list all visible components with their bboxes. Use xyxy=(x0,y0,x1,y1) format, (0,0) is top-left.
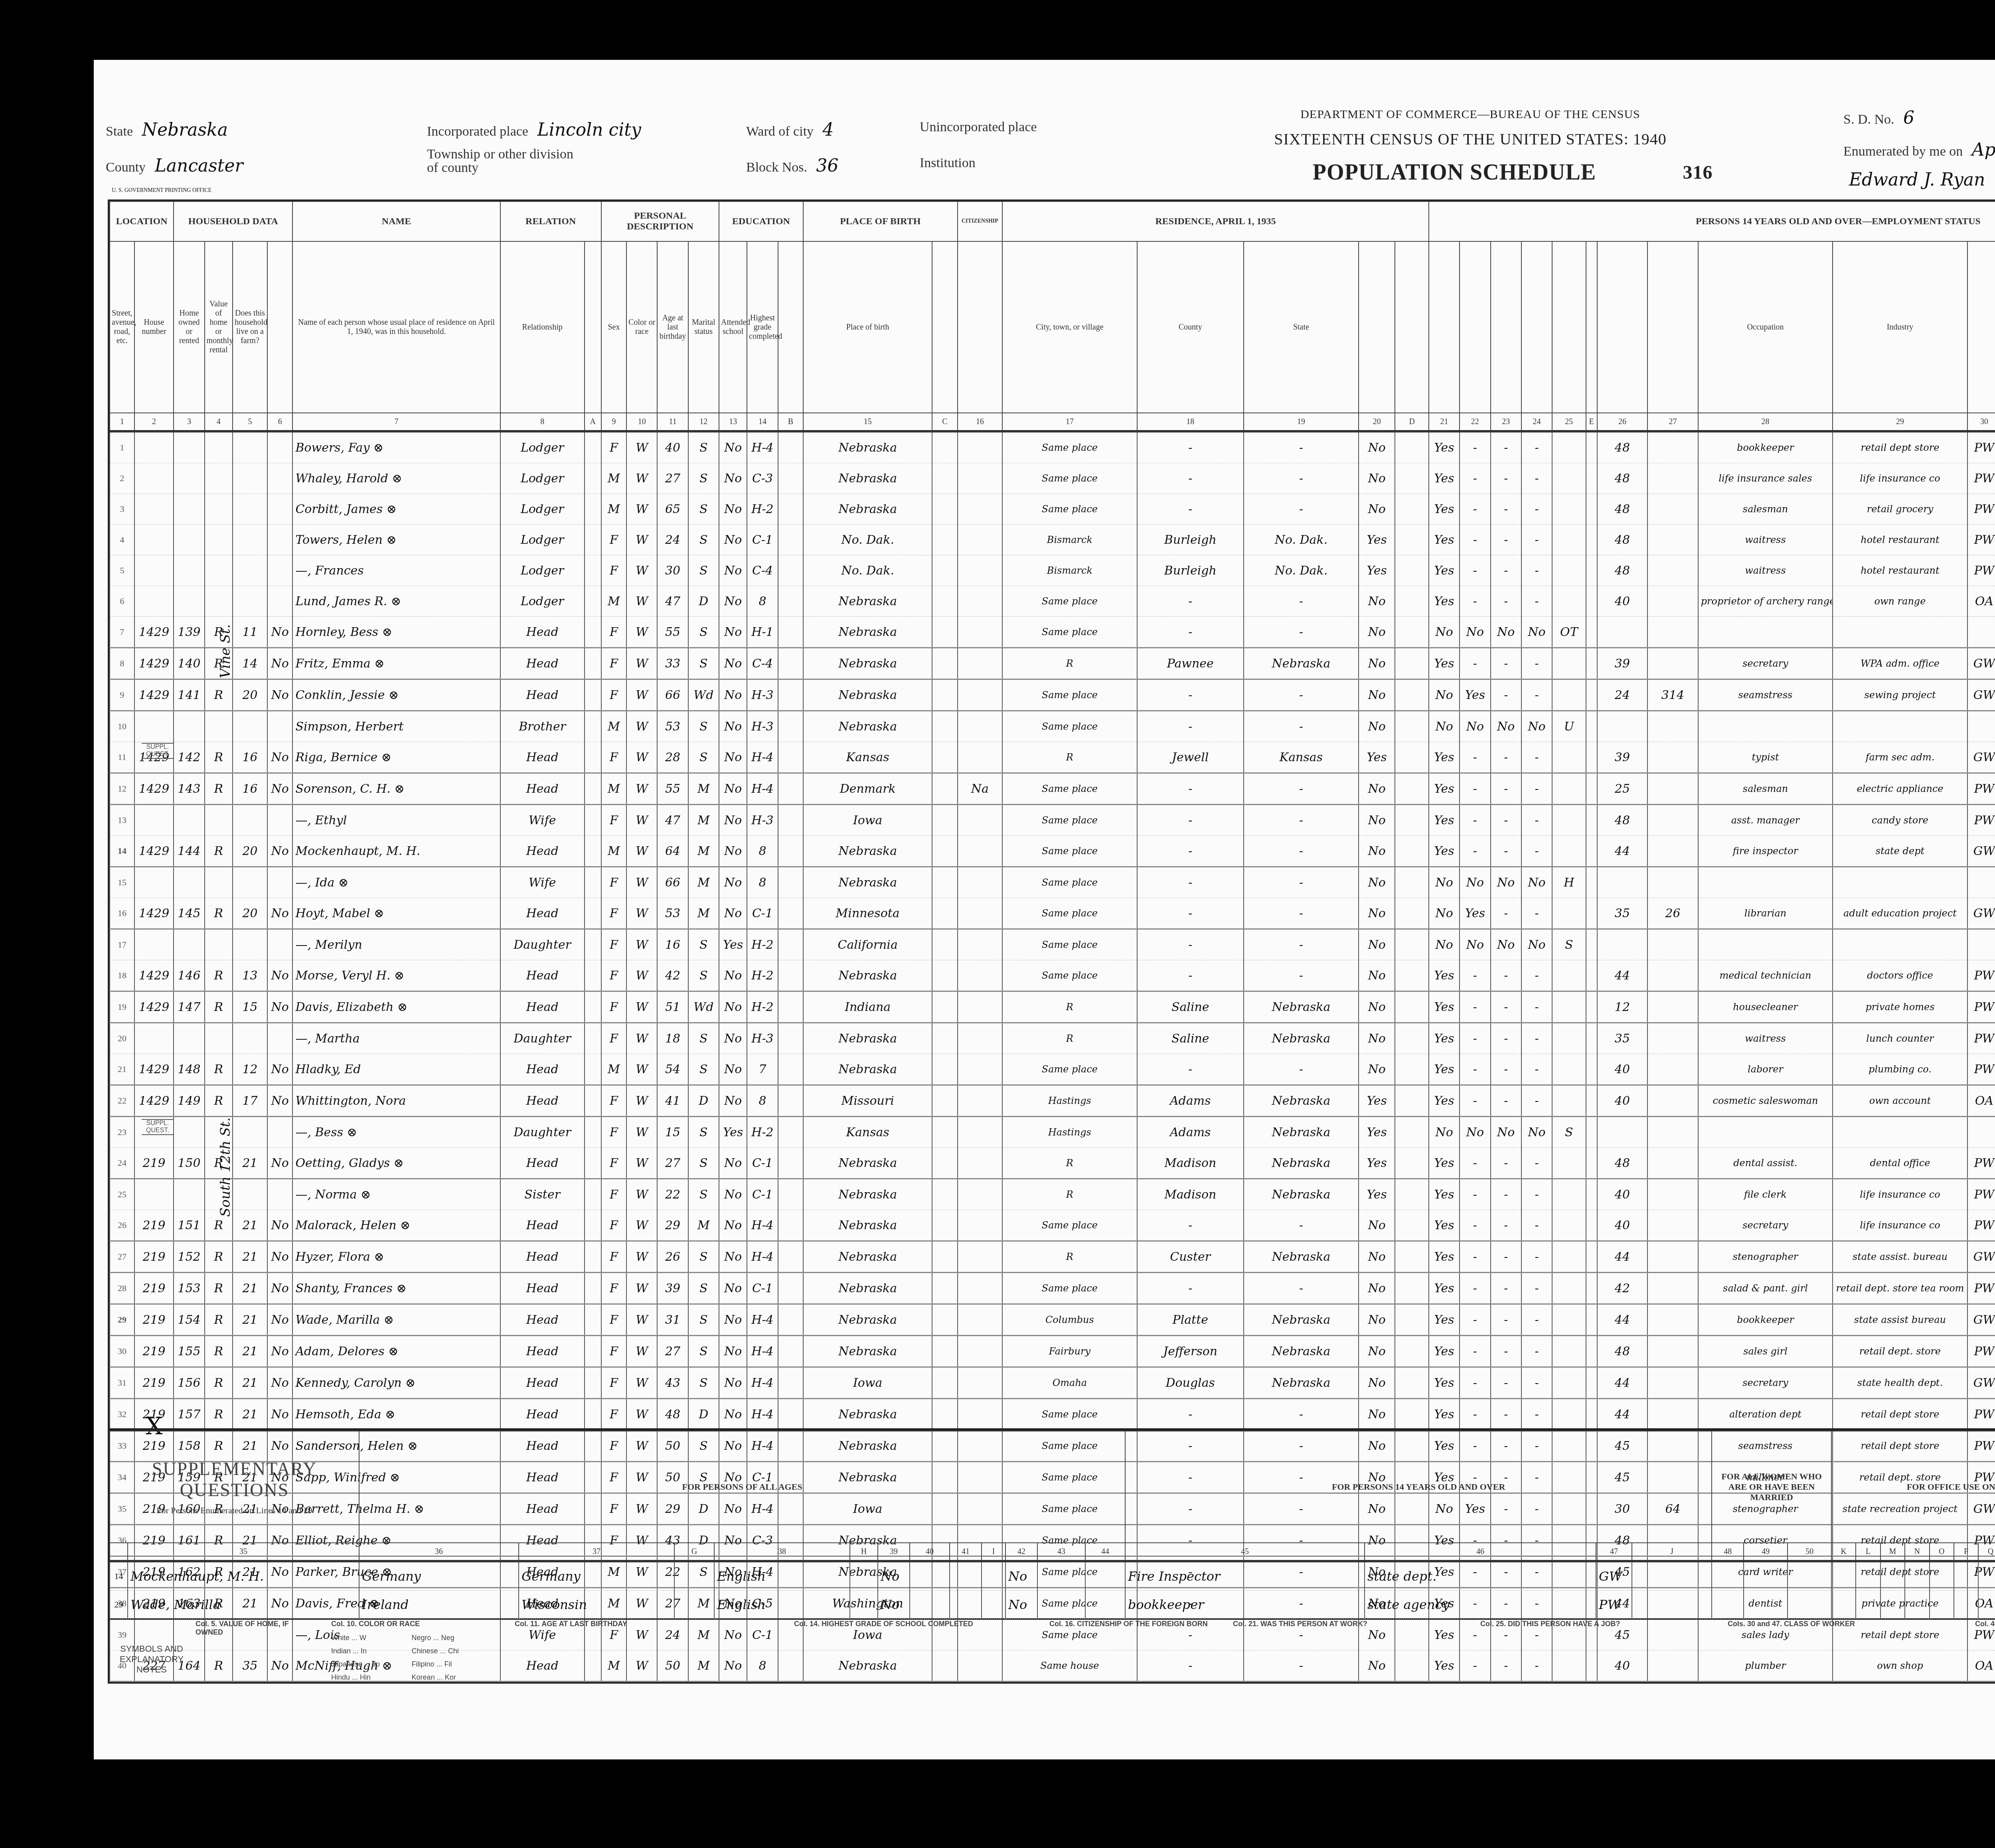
cell-owned xyxy=(205,711,233,742)
cell-occupation: librarian xyxy=(1698,898,1833,929)
race-code-item: White ... W xyxy=(331,1634,412,1642)
cell-res-state: - xyxy=(1244,773,1359,805)
cell-farm xyxy=(267,555,292,586)
enumerated-date: April 6 xyxy=(1972,140,1995,160)
cell-citizenship xyxy=(958,929,1002,960)
code-cell xyxy=(778,555,803,586)
cell-marital: S xyxy=(688,1117,719,1148)
cell-relation: Daughter xyxy=(500,929,585,960)
cell-sex: F xyxy=(601,1023,626,1054)
cell-other: - xyxy=(1521,555,1552,586)
cell-emerg: - xyxy=(1491,742,1521,773)
code-cell xyxy=(778,617,803,648)
cell-citizenship xyxy=(958,1023,1002,1054)
cell-res-farm: No xyxy=(1359,1054,1395,1085)
cell-emerg: No xyxy=(1491,617,1521,648)
cell-emerg: No xyxy=(1491,867,1521,898)
column-number xyxy=(110,1543,128,1561)
cell-class: PW xyxy=(1967,1179,1995,1210)
cell-occupation: proprietor of archery range xyxy=(1698,586,1833,617)
cell-street: 219 xyxy=(134,1336,174,1367)
cell-race: W xyxy=(626,805,657,836)
code-cell xyxy=(932,586,957,617)
cell-hours: 44 xyxy=(1597,1399,1648,1430)
cell-res-county: Adams xyxy=(1137,1085,1244,1117)
column-number: 37 xyxy=(519,1543,674,1561)
line-number: 28 xyxy=(110,1273,134,1304)
supp-code-cell xyxy=(1978,1561,1995,1591)
cell-race: W xyxy=(626,929,657,960)
cell-res-state: No. Dak. xyxy=(1244,555,1359,586)
cell-res-state: - xyxy=(1244,867,1359,898)
code-cell xyxy=(585,960,601,991)
cell-status xyxy=(1552,1148,1586,1179)
group-residence: RESIDENCE, APRIL 1, 1935 xyxy=(1002,201,1429,241)
enumerator-field: Edward J. Ryan Enumerator. xyxy=(1843,170,1995,190)
column-number: C xyxy=(932,413,957,431)
cell-value: 21 xyxy=(233,1336,267,1367)
cell-citizenship xyxy=(958,1273,1002,1304)
code-cell xyxy=(1395,1179,1428,1210)
cell-citizenship xyxy=(958,805,1002,836)
institution-field: Institution xyxy=(920,156,976,171)
code-cell xyxy=(778,1399,803,1430)
cell-res-farm: No xyxy=(1359,1336,1395,1367)
cell-res-city: Same place xyxy=(1002,1210,1137,1241)
cell-relation: Wife xyxy=(500,867,585,898)
supp-code-cell xyxy=(850,1591,878,1619)
cell-race: W xyxy=(626,991,657,1023)
code-cell xyxy=(585,773,601,805)
column-number: 16 xyxy=(958,413,1002,431)
cell-seek: Yes xyxy=(1460,679,1490,711)
column-number: 2 xyxy=(134,413,174,431)
code-cell xyxy=(1586,742,1597,773)
code-cell xyxy=(1395,991,1428,1023)
cell-sex: F xyxy=(601,555,626,586)
cell-school: No xyxy=(719,679,747,711)
cell-house xyxy=(174,431,204,463)
cell-class: PW xyxy=(1967,1399,1995,1430)
cell-race: W xyxy=(626,1117,657,1148)
cell-birthplace: Nebraska xyxy=(803,1148,932,1179)
cell-hours xyxy=(1597,711,1648,742)
code-cell xyxy=(585,836,601,867)
supp-code-cell xyxy=(910,1561,950,1591)
code-cell xyxy=(585,431,601,463)
cell-industry: life insurance co xyxy=(1833,1210,1967,1241)
column-number: N xyxy=(1905,1543,1929,1561)
cell-industry: retail grocery xyxy=(1833,494,1967,525)
person-name: Davis, Elizabeth ⊗ xyxy=(292,991,500,1023)
cell-relation: Head xyxy=(500,1304,585,1336)
census-row: 3Corbitt, James ⊗LodgerMW65SNoH-2Nebrask… xyxy=(110,494,1995,525)
supp-code-cell xyxy=(1880,1561,1905,1591)
cell-other: - xyxy=(1521,1179,1552,1210)
cell-emerg: - xyxy=(1491,1399,1521,1430)
cell-res-city: Same place xyxy=(1002,898,1137,929)
column-number: I xyxy=(982,1543,1005,1561)
cell-citizenship xyxy=(958,836,1002,867)
cell-marital: S xyxy=(688,1023,719,1054)
code-cell xyxy=(1395,1023,1428,1054)
code-cell xyxy=(585,525,601,555)
code-cell xyxy=(932,805,957,836)
cell-house: 150 xyxy=(174,1148,204,1179)
cell-other: - xyxy=(1521,1399,1552,1430)
cell-farm xyxy=(267,463,292,494)
cell-birthplace: Nebraska xyxy=(803,711,932,742)
code-cell xyxy=(585,555,601,586)
code-cell xyxy=(778,1023,803,1054)
column-number: 6 xyxy=(267,413,292,431)
cell-farm xyxy=(267,867,292,898)
suppl-quest-tag-14: SUPPL. QUEST. xyxy=(142,743,174,759)
cell-value: 20 xyxy=(233,898,267,929)
cell-industry: own account xyxy=(1833,1085,1967,1117)
cell-value: 12 xyxy=(233,1054,267,1085)
cell-industry: private homes xyxy=(1833,991,1967,1023)
column-number: 12 xyxy=(688,413,719,431)
cell-owned: R xyxy=(205,836,233,867)
cell-res-county: - xyxy=(1137,463,1244,494)
cell-hours: 44 xyxy=(1597,960,1648,991)
person-name: Adam, Delores ⊗ xyxy=(292,1336,500,1367)
enumerated-date-field: Enumerated by me on April 6 1940 xyxy=(1843,140,1995,160)
cell-res-farm: No xyxy=(1359,1399,1395,1430)
cell-farm: No xyxy=(267,617,292,648)
cell-res-state: No. Dak. xyxy=(1244,525,1359,555)
cell-class: GW xyxy=(1967,1367,1995,1399)
cell-relation: Lodger xyxy=(500,494,585,525)
cell-owned: R xyxy=(205,1085,233,1117)
cell-sex: M xyxy=(601,711,626,742)
cell-at-work: Yes xyxy=(1429,773,1460,805)
cell-age: 51 xyxy=(657,991,688,1023)
column-number: 26 xyxy=(1597,413,1648,431)
column-number: 42 xyxy=(1005,1543,1037,1561)
supp-cell-usual-occupation: Fire Inspector xyxy=(1125,1561,1365,1591)
cell-class: GW xyxy=(1967,836,1995,867)
code-cell xyxy=(932,1054,957,1085)
cell-other: - xyxy=(1521,805,1552,836)
cell-seek: - xyxy=(1460,1336,1490,1367)
cell-owned: R xyxy=(205,960,233,991)
cell-industry: adult education project xyxy=(1833,898,1967,929)
cell-res-farm: No xyxy=(1359,898,1395,929)
cell-res-city: Same place xyxy=(1002,463,1137,494)
cell-res-farm: Yes xyxy=(1359,1085,1395,1117)
cell-street xyxy=(134,525,174,555)
cell-age: 26 xyxy=(657,1241,688,1273)
supp-cell-father: Ireland xyxy=(359,1591,519,1619)
cell-sex: M xyxy=(601,836,626,867)
cell-emerg: - xyxy=(1491,525,1521,555)
cell-res-state: - xyxy=(1244,679,1359,711)
cell-street xyxy=(134,711,174,742)
street-annotation-12th: South 12th St. xyxy=(217,1117,233,1217)
cell-res-farm: No xyxy=(1359,773,1395,805)
code-cell xyxy=(932,1241,957,1273)
cell-race: W xyxy=(626,836,657,867)
cell-marital: S xyxy=(688,525,719,555)
cell-other: - xyxy=(1521,991,1552,1023)
column-number: 4 xyxy=(205,413,233,431)
census-row: 5—, FrancesLodgerFW30SNoC-4No. Dak.Bisma… xyxy=(110,555,1995,586)
column-number: H xyxy=(850,1543,878,1561)
code-cell xyxy=(932,555,957,586)
cell-other: - xyxy=(1521,773,1552,805)
cell-age: 27 xyxy=(657,1336,688,1367)
code-cell xyxy=(1586,1304,1597,1336)
cell-sex: F xyxy=(601,431,626,463)
cell-class: GW xyxy=(1967,742,1995,773)
cell-farm: No xyxy=(267,1054,292,1085)
cell-res-county: - xyxy=(1137,1054,1244,1085)
cell-industry: doctors office xyxy=(1833,960,1967,991)
person-name: Hornley, Bess ⊗ xyxy=(292,617,500,648)
census-row: 191429147R15NoDavis, Elizabeth ⊗HeadFW51… xyxy=(110,991,1995,1023)
cell-hours: 40 xyxy=(1597,1210,1648,1241)
cell-house: 141 xyxy=(174,679,204,711)
cell-res-city: Same place xyxy=(1002,586,1137,617)
cell-farm: No xyxy=(267,1148,292,1179)
column-number: 20 xyxy=(1359,413,1395,431)
code-cell xyxy=(585,1367,601,1399)
code-cell xyxy=(1395,836,1428,867)
cell-occupation: waitress xyxy=(1698,525,1833,555)
column-number: 48 xyxy=(1712,1543,1744,1561)
cell-value xyxy=(233,463,267,494)
cell-race: W xyxy=(626,773,657,805)
code-cell xyxy=(1586,1399,1597,1430)
column-number: A xyxy=(585,413,601,431)
column-number: L xyxy=(1856,1543,1880,1561)
code-cell xyxy=(932,1148,957,1179)
cell-age: 47 xyxy=(657,586,688,617)
cell-house xyxy=(174,463,204,494)
supp-code-cell xyxy=(1085,1561,1125,1591)
supp-cell-usual-occupation: bookkeeper xyxy=(1125,1591,1365,1619)
cell-class: PW xyxy=(1967,1054,1995,1085)
cell-relation: Head xyxy=(500,1336,585,1367)
cell-birthplace: Nebraska xyxy=(803,617,932,648)
code-cell xyxy=(778,867,803,898)
cell-street xyxy=(134,1179,174,1210)
cell-seek: - xyxy=(1460,494,1490,525)
cell-other: - xyxy=(1521,1054,1552,1085)
cell-birthplace: No. Dak. xyxy=(803,555,932,586)
cell-value: 16 xyxy=(233,773,267,805)
cell-at-work: Yes xyxy=(1429,991,1460,1023)
code-cell xyxy=(932,1336,957,1367)
cell-school: No xyxy=(719,525,747,555)
code-cell xyxy=(1586,1085,1597,1117)
cell-relation: Head xyxy=(500,1054,585,1085)
county-value: Lancaster xyxy=(155,156,243,176)
cell-res-farm: No xyxy=(1359,805,1395,836)
supp-code-cell xyxy=(1712,1561,1744,1591)
cell-grade: H-4 xyxy=(747,1241,778,1273)
column-number: G xyxy=(674,1543,714,1561)
cell-res-county: - xyxy=(1137,836,1244,867)
cell-farm: No xyxy=(267,679,292,711)
cell-weeks-unemp xyxy=(1647,929,1698,960)
cell-school: No xyxy=(719,1304,747,1336)
cell-weeks-unemp xyxy=(1647,867,1698,898)
cell-res-city: Same place xyxy=(1002,617,1137,648)
cell-citizenship xyxy=(958,1179,1002,1210)
cell-relation: Head xyxy=(500,1085,585,1117)
column-number: 1 xyxy=(110,413,134,431)
cell-seek: No xyxy=(1460,867,1490,898)
line-number: 5 xyxy=(110,555,134,586)
cell-school: No xyxy=(719,1023,747,1054)
cell-status xyxy=(1552,1336,1586,1367)
code-cell xyxy=(932,1179,957,1210)
cell-res-farm: No xyxy=(1359,929,1395,960)
census-row: 15—, Ida ⊗WifeFW66MNo8NebraskaSame place… xyxy=(110,867,1995,898)
cell-at-work: Yes xyxy=(1429,1054,1460,1085)
cell-farm xyxy=(267,586,292,617)
cell-res-county: - xyxy=(1137,1210,1244,1241)
code-cell xyxy=(1395,1336,1428,1367)
code-cell xyxy=(1395,1054,1428,1085)
code-cell xyxy=(932,494,957,525)
cell-relation: Head xyxy=(500,617,585,648)
cell-birthplace: Nebraska xyxy=(803,679,932,711)
code-cell xyxy=(1586,617,1597,648)
cell-res-county: - xyxy=(1137,617,1244,648)
cell-res-farm: No xyxy=(1359,1210,1395,1241)
code-cell xyxy=(585,494,601,525)
code-cell xyxy=(778,679,803,711)
supp-cell-usual-industry: state agency xyxy=(1365,1591,1596,1619)
cell-street xyxy=(134,431,174,463)
cell-citizenship xyxy=(958,1210,1002,1241)
census-row: 1Bowers, Fay ⊗LodgerFW40SNoH-4NebraskaSa… xyxy=(110,431,1995,463)
cell-race: W xyxy=(626,1367,657,1399)
cell-res-state: Nebraska xyxy=(1244,1304,1359,1336)
cell-house: 145 xyxy=(174,898,204,929)
cell-industry: state assist. bureau xyxy=(1833,1241,1967,1273)
cell-farm xyxy=(267,1023,292,1054)
cell-relation: Head xyxy=(500,1367,585,1399)
cell-farm: No xyxy=(267,773,292,805)
cell-occupation: salesman xyxy=(1698,494,1833,525)
cell-at-work: Yes xyxy=(1429,1241,1460,1273)
cell-at-work: Yes xyxy=(1429,1336,1460,1367)
cell-marital: M xyxy=(688,1210,719,1241)
cell-sex: F xyxy=(601,742,626,773)
cell-weeks-unemp xyxy=(1647,463,1698,494)
cell-school: No xyxy=(719,1336,747,1367)
column-number: 49 xyxy=(1744,1543,1788,1561)
cell-sex: M xyxy=(601,586,626,617)
cell-sex: F xyxy=(601,1117,626,1148)
group-education: EDUCATION xyxy=(719,201,803,241)
code-cell xyxy=(1395,1273,1428,1304)
cell-school: No xyxy=(719,867,747,898)
cell-industry: candy store xyxy=(1833,805,1967,836)
cell-marital: D xyxy=(688,1399,719,1430)
cell-hours xyxy=(1597,929,1648,960)
column-number: 47 xyxy=(1596,1543,1632,1561)
code-cell xyxy=(1395,929,1428,960)
cell-res-county: - xyxy=(1137,773,1244,805)
cell-res-city: Hastings xyxy=(1002,1085,1137,1117)
cell-res-farm: No xyxy=(1359,494,1395,525)
code-cell xyxy=(1395,773,1428,805)
cell-res-city: Same place xyxy=(1002,867,1137,898)
cell-street: 1429 xyxy=(134,679,174,711)
person-name: —, Bess ⊗ xyxy=(292,1117,500,1148)
cell-industry: retail dept store xyxy=(1833,1399,1967,1430)
cell-res-farm: No xyxy=(1359,836,1395,867)
cell-res-county: - xyxy=(1137,494,1244,525)
cell-industry: farm sec adm. xyxy=(1833,742,1967,773)
cell-marital: M xyxy=(688,867,719,898)
cell-emerg: - xyxy=(1491,1273,1521,1304)
cell-seek: No xyxy=(1460,711,1490,742)
cell-seek: - xyxy=(1460,586,1490,617)
cell-occupation: file clerk xyxy=(1698,1179,1833,1210)
cell-res-county: Pawnee xyxy=(1137,648,1244,679)
line-number: 2 xyxy=(110,463,134,494)
cell-occupation: laborer xyxy=(1698,1054,1833,1085)
cell-other: - xyxy=(1521,1367,1552,1399)
cell-value xyxy=(233,1179,267,1210)
cell-citizenship xyxy=(958,1117,1002,1148)
cell-value: 21 xyxy=(233,1367,267,1399)
cell-res-city: Same place xyxy=(1002,494,1137,525)
code-cell xyxy=(932,960,957,991)
cell-school: No xyxy=(719,617,747,648)
cell-res-state: - xyxy=(1244,1399,1359,1430)
enumerator-signature: Edward J. Ryan xyxy=(1849,170,1985,190)
cell-seek: - xyxy=(1460,1179,1490,1210)
column-number: 18 xyxy=(1137,413,1244,431)
cell-at-work: Yes xyxy=(1429,1399,1460,1430)
cell-value xyxy=(233,929,267,960)
code-cell xyxy=(585,1210,601,1241)
cell-res-city: Same place xyxy=(1002,1054,1137,1085)
cell-age: 15 xyxy=(657,1117,688,1148)
cell-grade: C-1 xyxy=(747,1148,778,1179)
cell-house: 146 xyxy=(174,960,204,991)
cell-grade: C-1 xyxy=(747,1273,778,1304)
cell-emerg: - xyxy=(1491,1304,1521,1336)
cell-status xyxy=(1552,586,1586,617)
person-name: —, Ida ⊗ xyxy=(292,867,500,898)
block-value: 36 xyxy=(816,156,839,176)
cell-hours: 12 xyxy=(1597,991,1648,1023)
code-cell xyxy=(1586,1336,1597,1367)
cell-relation: Daughter xyxy=(500,1117,585,1148)
cell-at-work: Yes xyxy=(1429,1023,1460,1054)
cell-status xyxy=(1552,1399,1586,1430)
column-number: 36 xyxy=(359,1543,519,1561)
census-row: 91429141R20NoConklin, Jessie ⊗HeadFW66Wd… xyxy=(110,679,1995,711)
cell-res-farm: No xyxy=(1359,617,1395,648)
cell-emerg: No xyxy=(1491,711,1521,742)
supp-code-cell xyxy=(1085,1591,1125,1619)
column-number: Q xyxy=(1978,1543,1995,1561)
supp-code-cell xyxy=(1788,1591,1831,1619)
cell-res-farm: No xyxy=(1359,679,1395,711)
sd-field: S. D. No. 6 xyxy=(1843,108,1914,128)
cell-other: - xyxy=(1521,586,1552,617)
